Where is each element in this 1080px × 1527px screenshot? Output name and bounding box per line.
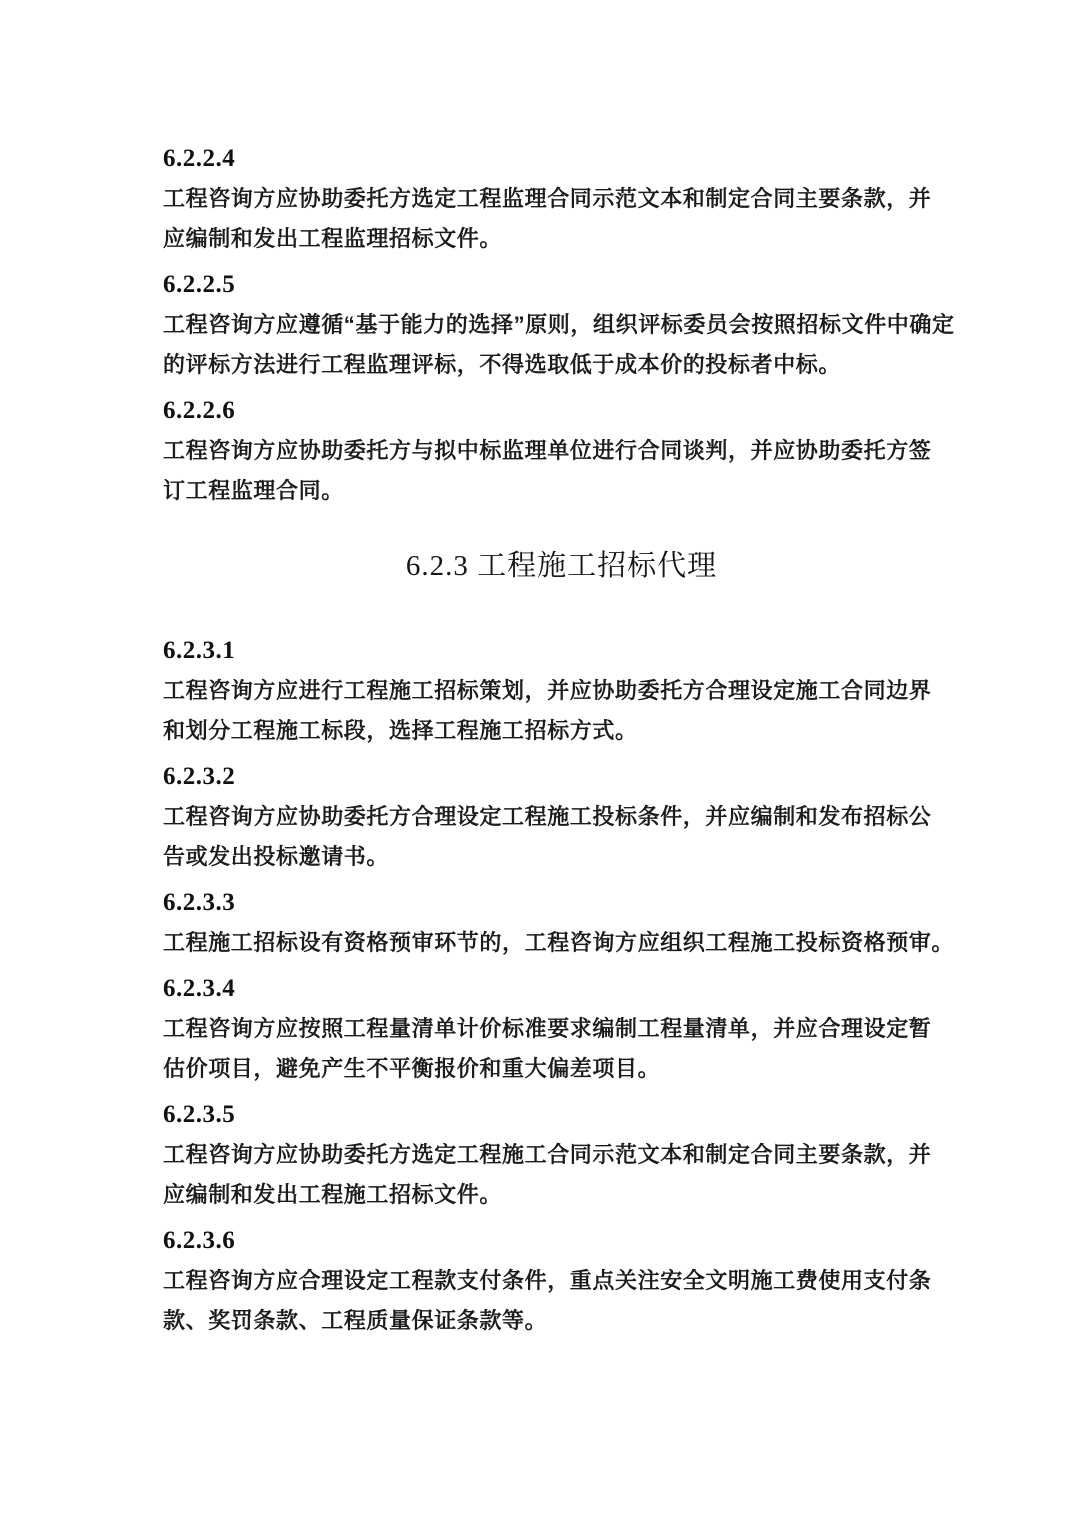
clause-number: 6.2.3.6: [163, 1221, 960, 1261]
clause-section: 6.2.2.5 工程咨询方应遵循“基于能力的选择”原则，组织评标委员会按照招标文…: [163, 265, 960, 385]
clause-text-line: 应编制和发出工程监理招标文件。: [163, 219, 960, 259]
clause-text-line: 工程咨询方应合理设定工程款支付条件，重点关注安全文明施工费使用支付条: [163, 1261, 960, 1301]
clause-text-line: 工程咨询方应协助委托方合理设定工程施工投标条件，并应编制和发布招标公: [163, 797, 960, 837]
clause-number: 6.2.3.2: [163, 757, 960, 797]
clause-number: 6.2.2.6: [163, 391, 960, 431]
clause-number: 6.2.3.3: [163, 883, 960, 923]
clause-number: 6.2.3.4: [163, 969, 960, 1009]
clause-number: 6.2.3.1: [163, 631, 960, 671]
clause-text-line: 的评标方法进行工程监理评标，不得选取低于成本价的投标者中标。: [163, 345, 960, 385]
clause-section: 6.2.2.4 工程咨询方应协助委托方选定工程监理合同示范文本和制定合同主要条款…: [163, 139, 960, 259]
clause-section: 6.2.3.4 工程咨询方应按照工程量清单计价标准要求编制工程量清单，并应合理设…: [163, 969, 960, 1089]
clause-text-line: 工程咨询方应协助委托方选定工程施工合同示范文本和制定合同主要条款，并: [163, 1135, 960, 1175]
clause-section: 6.2.3.6 工程咨询方应合理设定工程款支付条件，重点关注安全文明施工费使用支…: [163, 1221, 960, 1341]
clause-section: 6.2.3.2 工程咨询方应协助委托方合理设定工程施工投标条件，并应编制和发布招…: [163, 757, 960, 877]
clause-section: 6.2.3.3 工程施工招标设有资格预审环节的，工程咨询方应组织工程施工投标资格…: [163, 883, 960, 963]
clause-text-line: 工程施工招标设有资格预审环节的，工程咨询方应组织工程施工投标资格预审。: [163, 923, 960, 963]
clause-number: 6.2.3.5: [163, 1095, 960, 1135]
clause-text-line: 订工程监理合同。: [163, 471, 960, 511]
clause-number: 6.2.2.4: [163, 139, 960, 179]
clause-text-line: 和划分工程施工标段，选择工程施工招标方式。: [163, 711, 960, 751]
clause-text-line: 工程咨询方应进行工程施工招标策划，并应协助委托方合理设定施工合同边界: [163, 671, 960, 711]
document-content: 6.2.2.4 工程咨询方应协助委托方选定工程监理合同示范文本和制定合同主要条款…: [0, 0, 1080, 1341]
document-page: 6.2.2.4 工程咨询方应协助委托方选定工程监理合同示范文本和制定合同主要条款…: [0, 0, 1080, 1527]
clause-section: 6.2.3.5 工程咨询方应协助委托方选定工程施工合同示范文本和制定合同主要条款…: [163, 1095, 960, 1215]
clause-text-line: 款、奖罚条款、工程质量保证条款等。: [163, 1301, 960, 1341]
subsection-heading: 6.2.3 工程施工招标代理: [163, 543, 960, 589]
clause-text-line: 告或发出投标邀请书。: [163, 837, 960, 877]
clause-text-line: 工程咨询方应协助委托方选定工程监理合同示范文本和制定合同主要条款，并: [163, 179, 960, 219]
clause-number: 6.2.2.5: [163, 265, 960, 305]
clause-text-line: 估价项目，避免产生不平衡报价和重大偏差项目。: [163, 1049, 960, 1089]
clause-section: 6.2.2.6 工程咨询方应协助委托方与拟中标监理单位进行合同谈判，并应协助委托…: [163, 391, 960, 511]
clause-text-line: 应编制和发出工程施工招标文件。: [163, 1175, 960, 1215]
clause-text-line: 工程咨询方应遵循“基于能力的选择”原则，组织评标委员会按照招标文件中确定: [163, 305, 960, 345]
clause-text-line: 工程咨询方应按照工程量清单计价标准要求编制工程量清单，并应合理设定暂: [163, 1009, 960, 1049]
clause-section: 6.2.3.1 工程咨询方应进行工程施工招标策划，并应协助委托方合理设定施工合同…: [163, 631, 960, 751]
clause-text-line: 工程咨询方应协助委托方与拟中标监理单位进行合同谈判，并应协助委托方签: [163, 431, 960, 471]
